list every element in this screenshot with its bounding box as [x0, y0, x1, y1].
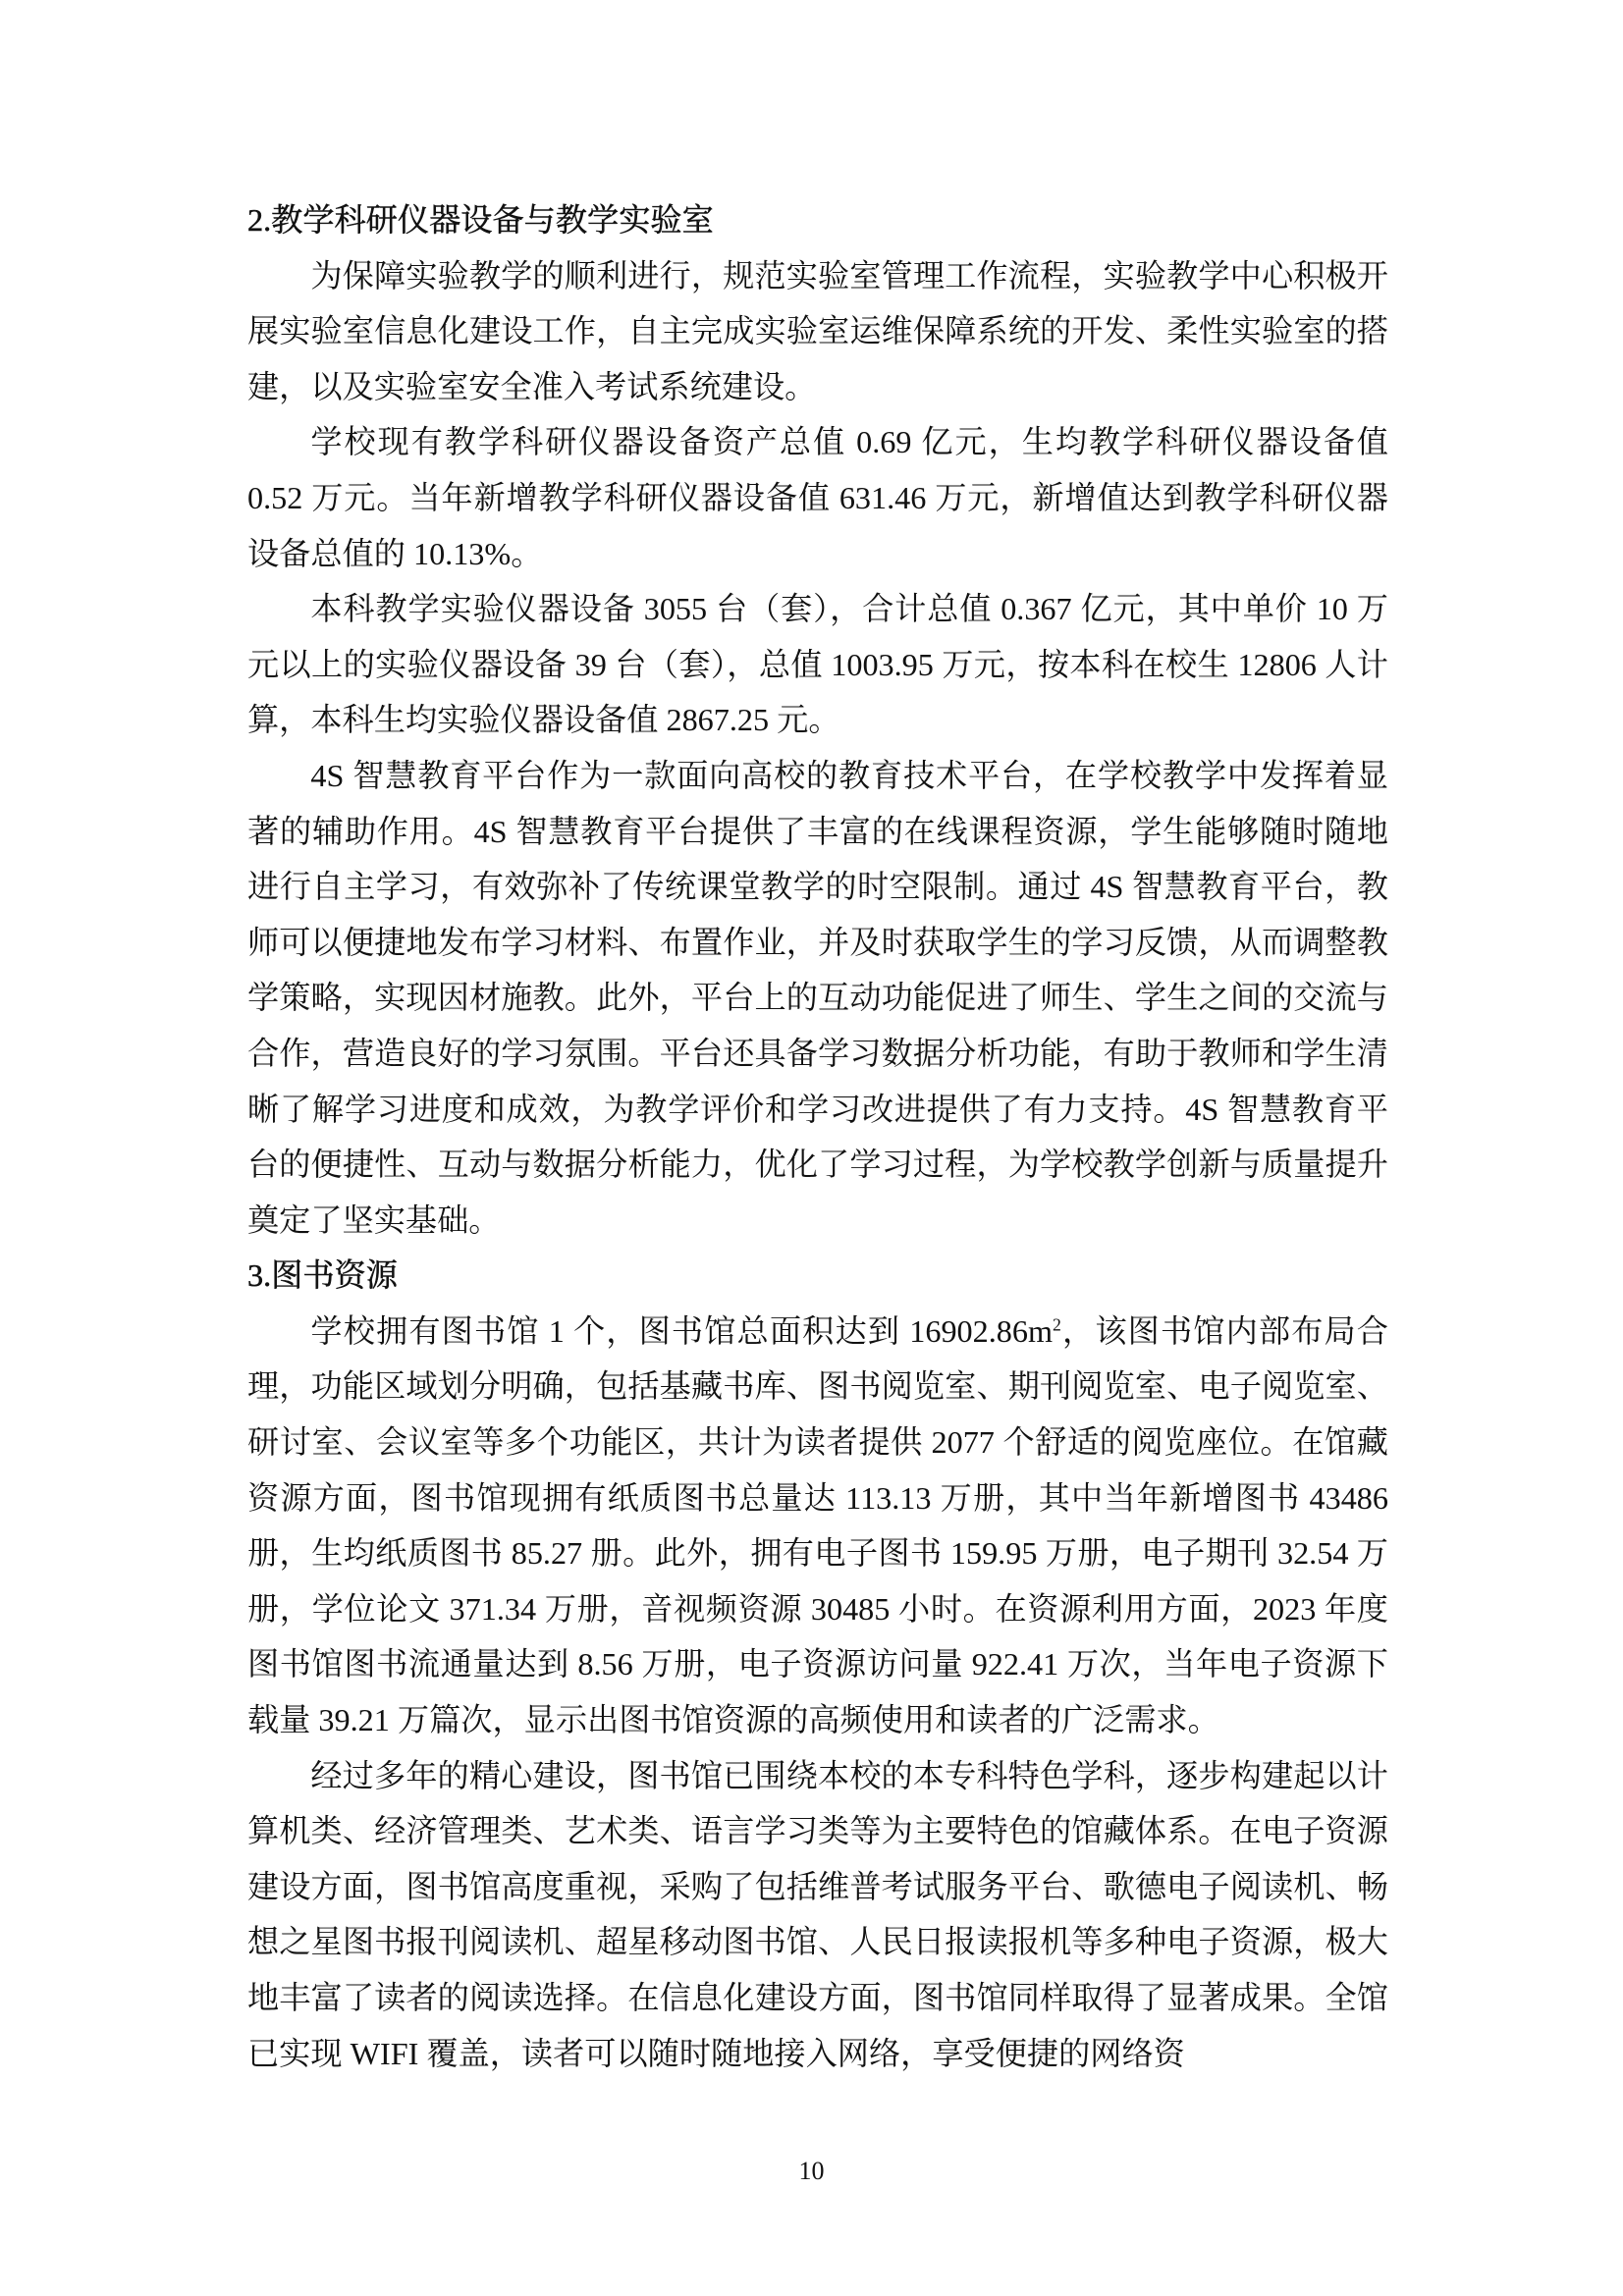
area-unit-superscript: 2	[1053, 1314, 1061, 1334]
section-heading-lab-equipment: 2.教学科研仪器设备与教学实验室	[247, 192, 1388, 248]
paragraph-lab-informatization: 为保障实验教学的顺利进行，规范实验室管理工作流程，实验教学中心积极开展实验室信息…	[247, 248, 1388, 415]
library-text-part-2: ，该图书馆内部布局合理，功能区域划分明确，包括基藏书库、图书阅览室、期刊阅览室、…	[247, 1313, 1388, 1737]
paragraph-library-overview: 学校拥有图书馆 1 个，图书馆总面积达到 16902.86m2，该图书馆内部布局…	[247, 1304, 1388, 1748]
paragraph-equipment-assets: 学校现有教学科研仪器设备资产总值 0.69 亿元，生均教学科研仪器设备值 0.5…	[247, 414, 1388, 581]
paragraph-4s-platform: 4S 智慧教育平台作为一款面向高校的教育技术平台，在学校教学中发挥着显著的辅助作…	[247, 748, 1388, 1248]
document-page: 2.教学科研仪器设备与教学实验室 为保障实验教学的顺利进行，规范实验室管理工作流…	[247, 192, 1388, 2081]
paragraph-library-collection-building: 经过多年的精心建设，图书馆已围绕本校的本专科特色学科，逐步构建起以计算机类、经济…	[247, 1748, 1388, 2082]
section-heading-library-resources: 3.图书资源	[247, 1248, 1388, 1304]
paragraph-undergrad-equipment: 本科教学实验仪器设备 3055 台（套），合计总值 0.367 亿元，其中单价 …	[247, 581, 1388, 748]
page-number: 10	[0, 2157, 1623, 2186]
library-text-part-1: 学校拥有图书馆 1 个，图书馆总面积达到 16902.86m	[310, 1313, 1053, 1349]
